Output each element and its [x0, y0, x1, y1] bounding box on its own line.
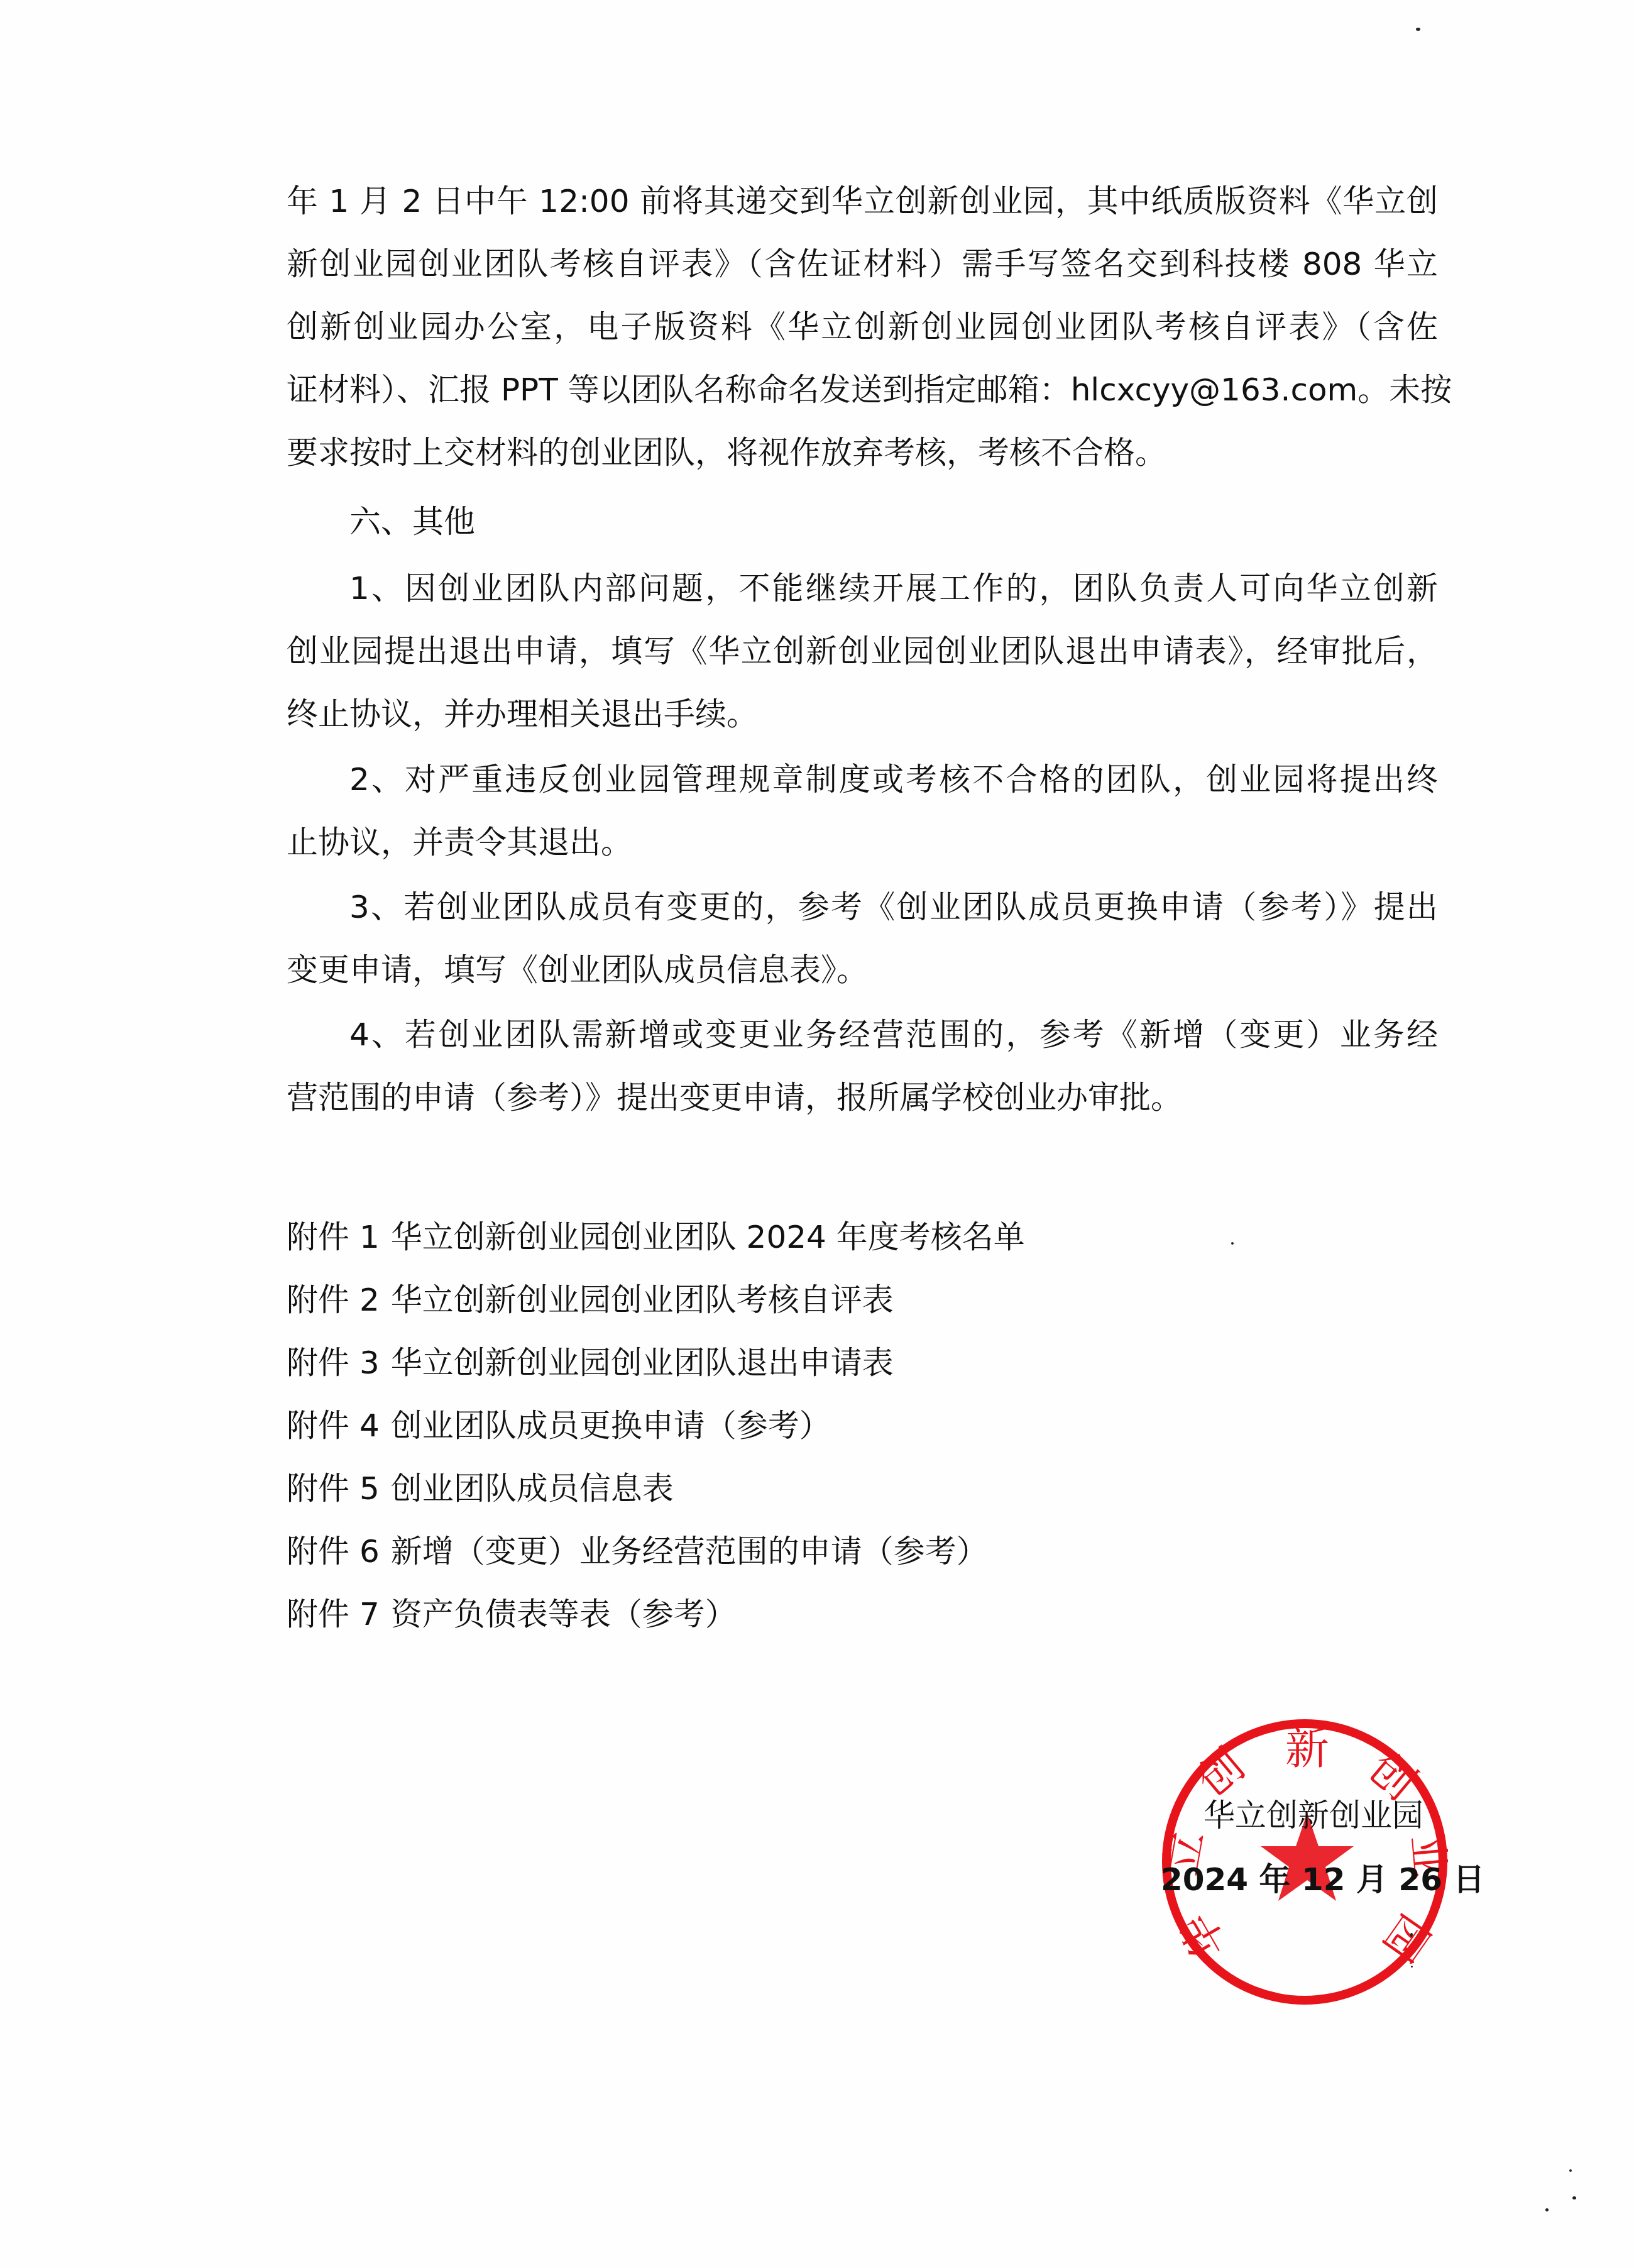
item-3-line: 变更申请，填写《创业团队成员信息表》。	[287, 951, 1438, 1014]
item-1-line: 1、因创业团队内部问题，不能继续开展工作的，团队负责人可向华立创新	[349, 570, 1438, 632]
attachment-label: 附件 4	[287, 1407, 380, 1444]
seal-char: 新	[1285, 1723, 1329, 1775]
section-heading: 六、其他	[349, 503, 978, 566]
item-4-line: 4、若创业团队需新增或变更业务经营范围的，参考《新增（变更）业务经	[349, 1016, 1438, 1079]
attachment-item-2: 附件 2华立创新创业园创业团队考核自评表	[287, 1281, 894, 1331]
attachment-title: 华立创新创业园创业团队考核自评表	[391, 1282, 894, 1318]
attachment-label: 附件 1	[287, 1219, 380, 1255]
scan-speck	[1411, 1966, 1413, 1968]
paragraph-line: 要求按时上交材料的创业团队，将视作放弃考核，考核不合格。	[287, 434, 1438, 497]
item-1-line: 创业园提出退出申请，填写《华立创新创业园创业团队退出申请表》，经审批后，	[287, 632, 1438, 695]
attachment-label: 附件 6	[287, 1533, 380, 1570]
attachment-title: 创业团队成员更换申请（参考）	[391, 1407, 831, 1444]
item-3-line: 3、若创业团队成员有变更的，参考《创业团队成员更换申请（参考）》提出	[349, 888, 1438, 951]
attachment-label: 附件 3	[287, 1345, 380, 1381]
attachment-label: 附件 5	[287, 1470, 380, 1507]
attachment-item-3: 附件 3华立创新创业园创业团队退出申请表	[287, 1344, 894, 1394]
item-2-line: 止协议，并责令其退出。	[287, 823, 1438, 886]
item-2-line: 2、对严重违反创业园管理规章制度或考核不合格的团队，创业园将提出终	[349, 761, 1438, 823]
attachment-label: 附件 2	[287, 1282, 380, 1318]
paragraph-line: 证材料）、汇报 PPT 等以团队名称命名发送到指定邮箱：hlcxcyy@163.…	[287, 371, 1438, 434]
scan-speck	[1569, 2169, 1572, 2172]
attachment-item-5: 附件 5创业团队成员信息表	[287, 1470, 674, 1520]
scan-speck	[1572, 2196, 1576, 2199]
item-1-line: 终止协议，并办理相关退出手续。	[287, 695, 1438, 758]
attachment-title: 华立创新创业园创业团队 2024 年度考核名单	[391, 1219, 1025, 1255]
attachment-label: 附件 7	[287, 1596, 380, 1632]
attachment-item-7: 附件 7资产负债表等表（参考）	[287, 1595, 737, 1646]
attachment-title: 华立创新创业园创业团队退出申请表	[391, 1345, 894, 1381]
scan-speck	[1545, 2208, 1549, 2211]
attachment-item-4: 附件 4创业团队成员更换申请（参考）	[287, 1407, 831, 1457]
attachment-title: 资产负债表等表（参考）	[391, 1596, 737, 1632]
scan-speck	[1231, 1242, 1234, 1245]
scan-speck	[1410, 1933, 1413, 1937]
paragraph-line: 年 1 月 2 日中午 12:00 前将其递交到华立创新创业园，其中纸质版资料《…	[287, 182, 1438, 245]
attachment-item-6: 附件 6新增（变更）业务经营范围的申请（参考）	[287, 1533, 988, 1583]
attachment-title: 新增（变更）业务经营范围的申请（参考）	[391, 1533, 988, 1570]
signature-organization: 华立创新创业园	[1204, 1797, 1423, 1834]
attachment-title: 创业团队成员信息表	[391, 1470, 674, 1507]
paragraph-line: 创新创业园办公室，电子版资料《华立创新创业园创业团队考核自评表》（含佐	[287, 308, 1438, 371]
attachment-item-1: 附件 1华立创新创业园创业团队 2024 年度考核名单	[287, 1218, 1025, 1269]
paragraph-line: 新创业园创业团队考核自评表》（含佐证材料）需手写签名交到科技楼 808 华立	[287, 245, 1438, 308]
document-page: 年 1 月 2 日中午 12:00 前将其递交到华立创新创业园，其中纸质版资料《…	[0, 0, 1634, 2268]
item-4-line: 营范围的申请（参考）》提出变更申请，报所属学校创业办审批。	[287, 1079, 1438, 1142]
signature-date: 2024 年 12 月 26 日	[1161, 1861, 1484, 1898]
scan-speck	[1416, 28, 1420, 31]
